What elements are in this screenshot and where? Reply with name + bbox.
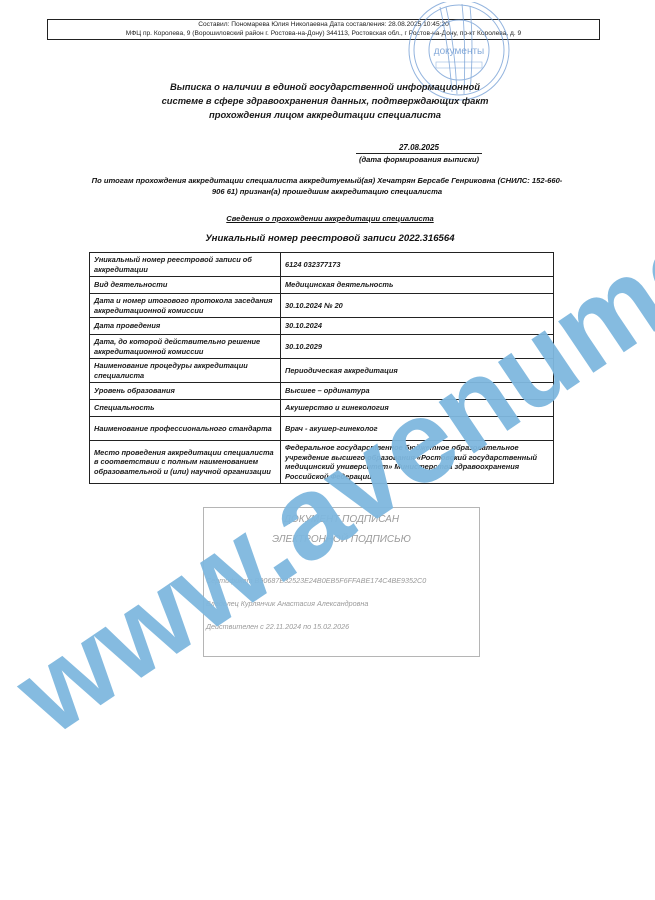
- section-title: Сведения о прохождении аккредитации спец…: [190, 214, 470, 223]
- row-value: 30.10.2024 № 20: [281, 294, 554, 318]
- row-value: Акушерство и гинекология: [281, 400, 554, 417]
- owner-line: Владелец Курлянчик Анастасия Александров…: [206, 599, 368, 608]
- table-row: Вид деятельностиМедицинская деятельность: [90, 277, 554, 294]
- certificate-line: Сертификат B90687E32523E24B0EB5F6FFABE17…: [206, 576, 426, 585]
- accreditation-table: Уникальный номер реестровой записи об ак…: [89, 252, 554, 484]
- table-row: СпециальностьАкушерство и гинекология: [90, 400, 554, 417]
- row-value: Периодическая аккредитация: [281, 359, 554, 383]
- table-row: Уникальный номер реестровой записи об ак…: [90, 253, 554, 277]
- table-row: Дата проведения30.10.2024: [90, 318, 554, 335]
- document-title: Выписка о наличии в единой государственн…: [150, 80, 500, 122]
- formation-date-caption: (дата формирования выписки): [356, 155, 482, 164]
- row-label: Вид деятельности: [90, 277, 281, 294]
- row-value: 6124 032377173: [281, 253, 554, 277]
- formation-date: 27.08.2025: [356, 143, 482, 154]
- intro-paragraph: По итогам прохождения аккредитации специ…: [88, 176, 566, 197]
- row-label: Дата, до которой действительно решение а…: [90, 335, 281, 359]
- row-label: Специальность: [90, 400, 281, 417]
- row-label: Дата проведения: [90, 318, 281, 335]
- row-value: 30.10.2024: [281, 318, 554, 335]
- table-row: Уровень образованияВысшее – ординатура: [90, 383, 554, 400]
- table-row: Наименование процедуры аккредитации спец…: [90, 359, 554, 383]
- row-label: Уникальный номер реестровой записи об ак…: [90, 253, 281, 277]
- row-value: 30.10.2029: [281, 335, 554, 359]
- row-value: Врач - акушер-гинеколог: [281, 417, 554, 441]
- registry-number: Уникальный номер реестровой записи 2022.…: [190, 233, 470, 244]
- table-row: Дата, до которой действительно решение а…: [90, 335, 554, 359]
- row-label: Наименование профессионального стандарта: [90, 417, 281, 441]
- svg-text:документы: документы: [434, 46, 485, 57]
- title-line-1: Выписка о наличии в единой государственн…: [150, 80, 500, 94]
- title-line-3: прохождения лицом аккредитации специалис…: [150, 108, 500, 122]
- row-value: Медицинская деятельность: [281, 277, 554, 294]
- table-row: Место проведения аккредитации специалист…: [90, 441, 554, 484]
- signature-heading-2: ЭЛЕКТРОННОЙ ПОДПИСЬЮ: [204, 534, 479, 545]
- row-label: Дата и номер итогового протокола заседан…: [90, 294, 281, 318]
- title-line-2: системе в сфере здравоохранения данных, …: [150, 94, 500, 108]
- electronic-signature-box: ДОКУМЕНТ ПОДПИСАН ЭЛЕКТРОННОЙ ПОДПИСЬЮ С…: [203, 507, 480, 657]
- table-row: Дата и номер итогового протокола заседан…: [90, 294, 554, 318]
- row-label: Наименование процедуры аккредитации спец…: [90, 359, 281, 383]
- validity-line: Действителен с 22.11.2024 по 15.02.2026: [206, 622, 349, 631]
- row-label: Место проведения аккредитации специалист…: [90, 441, 281, 484]
- signature-heading-1: ДОКУМЕНТ ПОДПИСАН: [204, 514, 479, 525]
- row-label: Уровень образования: [90, 383, 281, 400]
- row-value: Высшее – ординатура: [281, 383, 554, 400]
- row-value: Федеральное государственное бюджетное об…: [281, 441, 554, 484]
- table-row: Наименование профессионального стандарта…: [90, 417, 554, 441]
- formation-date-block: 27.08.2025 (дата формирования выписки): [356, 143, 482, 164]
